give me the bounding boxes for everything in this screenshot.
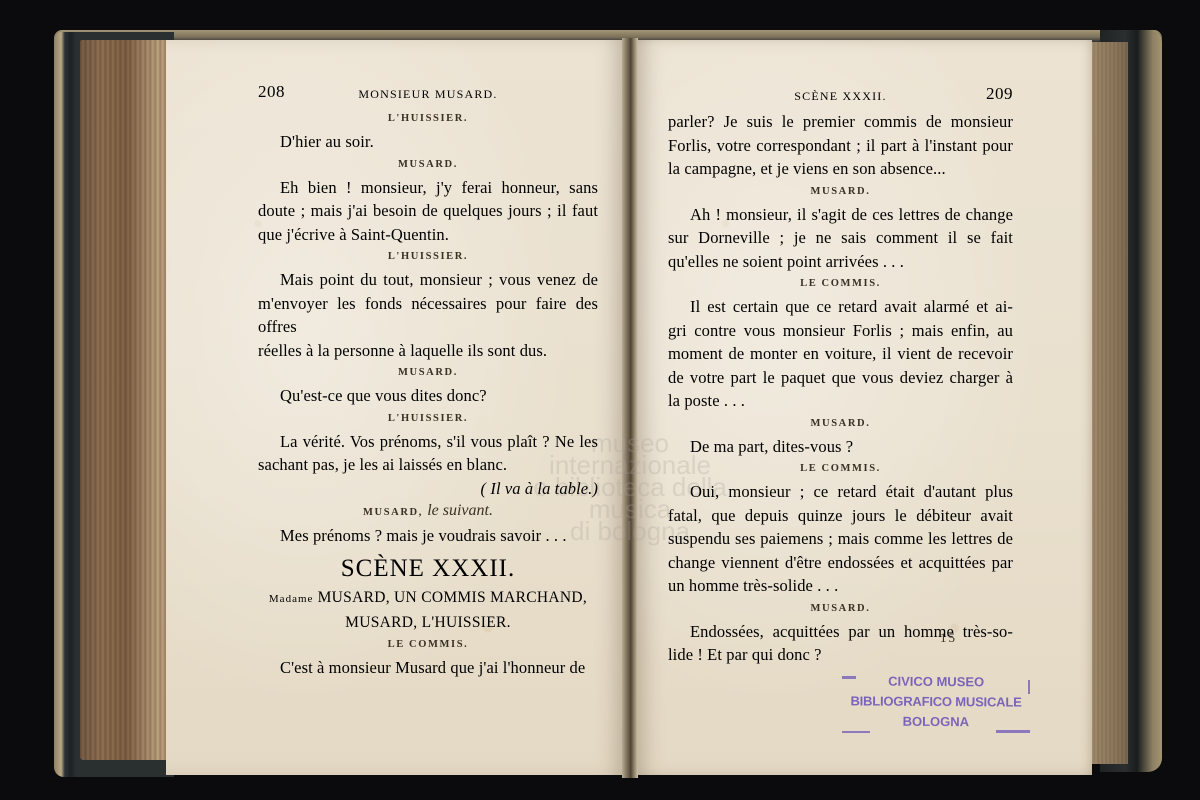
dialogue-paragraph: Endossées, acquittées par un homme très-… bbox=[668, 620, 1013, 667]
text-line: Qu'est-ce que vous dites donc? bbox=[258, 384, 598, 408]
cast-prefix: Madame bbox=[269, 593, 313, 605]
text-line: Mes prénoms ? mais je voudrais savoir . … bbox=[258, 524, 598, 548]
scene-cast: Madame MUSARD, UN COMMIS MARCHAND, bbox=[258, 586, 598, 611]
text-line: La vérité. Vos prénoms, s'il vous plaît … bbox=[258, 430, 598, 454]
text-line: de votre part le paquet que vous deviez … bbox=[668, 366, 1013, 390]
book-gutter bbox=[622, 38, 638, 778]
stamp-mark bbox=[842, 676, 856, 679]
right-page-text: SCÈNE XXXII. 209 parler? Je suis le prem… bbox=[668, 84, 1013, 667]
speaker-direction: le suivant. bbox=[427, 502, 493, 519]
text-line: gri contre vous monsieur Forlis ; mais e… bbox=[668, 319, 1013, 343]
signature-mark: 15 bbox=[940, 630, 957, 646]
dialogue-paragraph: D'hier au soir. bbox=[258, 130, 598, 154]
running-head-title: MONSIEUR MUSARD. bbox=[258, 83, 598, 107]
speaker-label: MUSARD. bbox=[668, 413, 1013, 435]
text-line: Eh bien ! monsieur, j'y ferai honneur, s… bbox=[258, 176, 598, 200]
text-line: doute ; mais j'ai besoin de quelques jou… bbox=[258, 199, 598, 223]
dialogue-paragraph: Qu'est-ce que vous dites donc? bbox=[258, 384, 598, 408]
text-line: Endossées, acquittées par un homme très-… bbox=[668, 620, 1013, 644]
dialogue-paragraph: De ma part, dites-vous ? bbox=[668, 435, 1013, 459]
text-line: qu'elles ne soient point arrivées . . . bbox=[668, 250, 1013, 274]
text-line: sur Dorneville ; je ne sais comment il s… bbox=[668, 226, 1013, 250]
dialogue-paragraph: Oui, monsieur ; ce retard était d'autant… bbox=[668, 480, 1013, 598]
dialogue-paragraph: Ah ! monsieur, il s'agit de ces lettres … bbox=[668, 203, 1013, 274]
text-line: un homme très-solide . . . bbox=[668, 574, 1013, 598]
stamp-mark bbox=[996, 730, 1030, 733]
text-line: change viennent d'être endossées et acqu… bbox=[668, 551, 1013, 575]
text-line: parler? Je suis le premier commis de mon… bbox=[668, 110, 1013, 134]
speaker-label: L'HUISSIER. bbox=[258, 246, 598, 268]
text-line: De ma part, dites-vous ? bbox=[668, 435, 1013, 459]
running-head: 208 MONSIEUR MUSARD. bbox=[258, 82, 598, 108]
running-head-title: SCÈNE XXXII. bbox=[668, 85, 1013, 109]
text-line: la poste . . . bbox=[668, 389, 1013, 413]
scene-title: SCÈNE XXXII. bbox=[258, 552, 598, 586]
dialogue-paragraph: Il est certain que ce retard avait alarm… bbox=[668, 295, 1013, 413]
text-line: m'envoyer les fonds nécessaires pour fai… bbox=[258, 292, 598, 339]
text-line: fatal, que depuis quinze jours le débite… bbox=[668, 504, 1013, 528]
speaker-label: LE COMMIS. bbox=[668, 458, 1013, 480]
text-line: Oui, monsieur ; ce retard était d'autant… bbox=[668, 480, 1013, 504]
dialogue-paragraph: Mes prénoms ? mais je voudrais savoir . … bbox=[258, 524, 598, 548]
speaker-label: MUSARD, le suivant. bbox=[258, 500, 598, 524]
page-number: 209 bbox=[986, 82, 1013, 106]
speaker-label: MUSARD. bbox=[258, 362, 598, 384]
speaker-label: MUSARD. bbox=[258, 154, 598, 176]
cast-line: MUSARD, UN COMMIS MARCHAND, bbox=[318, 589, 588, 606]
page-edges-right bbox=[1086, 42, 1128, 764]
stage-direction: ( Il va à la table.) bbox=[258, 477, 598, 501]
text-line: D'hier au soir. bbox=[258, 130, 598, 154]
text-line: Ah ! monsieur, il s'agit de ces lettres … bbox=[668, 203, 1013, 227]
speaker-label: LE COMMIS. bbox=[668, 273, 1013, 295]
speaker-label: MUSARD. bbox=[668, 181, 1013, 203]
dialogue-paragraph: parler? Je suis le premier commis de mon… bbox=[668, 110, 1013, 181]
text-line: suspendu ses paiemens ; mais comme les l… bbox=[668, 527, 1013, 551]
text-line: la campagne, et je viens en son absence.… bbox=[668, 157, 1013, 181]
left-page-text: 208 MONSIEUR MUSARD. L'HUISSIER. D'hier … bbox=[258, 82, 598, 679]
library-stamp: CIVICO MUSEO BIBLIOGRAFICO MUSICALE BOLO… bbox=[838, 671, 1034, 738]
speaker-label: MUSARD. bbox=[668, 598, 1013, 620]
text-line: lide ! Et par qui donc ? bbox=[668, 643, 1013, 667]
stamp-mark bbox=[1028, 680, 1030, 694]
running-head: SCÈNE XXXII. 209 bbox=[668, 84, 1013, 110]
text-line: réelles à la personne à laquelle ils son… bbox=[258, 339, 598, 363]
text-line: sachant pas, je les ai laissés en blanc. bbox=[258, 453, 598, 477]
stamp-mark bbox=[842, 731, 870, 733]
text-line: que j'écrive à Saint-Quentin. bbox=[258, 223, 598, 247]
speaker-name: MUSARD, bbox=[363, 507, 423, 518]
text-line: Mais point du tout, monsieur ; vous vene… bbox=[258, 268, 598, 292]
scene-cast: MUSARD, L'HUISSIER. bbox=[258, 611, 598, 634]
stamp-line: CIVICO MUSEO bbox=[838, 671, 1034, 692]
text-line: Forlis, votre correspondant ; il part à … bbox=[668, 134, 1013, 158]
open-book: museo internazionale e biblioteca della … bbox=[0, 0, 1200, 800]
speaker-label: L'HUISSIER. bbox=[258, 108, 598, 130]
stamp-line: BIBLIOGRAFICO MUSICALE bbox=[838, 691, 1034, 712]
dialogue-paragraph: Mais point du tout, monsieur ; vous vene… bbox=[258, 268, 598, 362]
speaker-label: LE COMMIS. bbox=[258, 634, 598, 656]
dialogue-paragraph: Eh bien ! monsieur, j'y ferai honneur, s… bbox=[258, 176, 598, 247]
dialogue-paragraph: C'est à monsieur Musard que j'ai l'honne… bbox=[258, 656, 598, 680]
text-line: Il est certain que ce retard avait alarm… bbox=[668, 295, 1013, 319]
text-line: moment de monter en voiture, il vient de… bbox=[668, 342, 1013, 366]
dialogue-paragraph: La vérité. Vos prénoms, s'il vous plaît … bbox=[258, 430, 598, 477]
speaker-label: L'HUISSIER. bbox=[258, 408, 598, 430]
text-line: C'est à monsieur Musard que j'ai l'honne… bbox=[258, 656, 598, 680]
